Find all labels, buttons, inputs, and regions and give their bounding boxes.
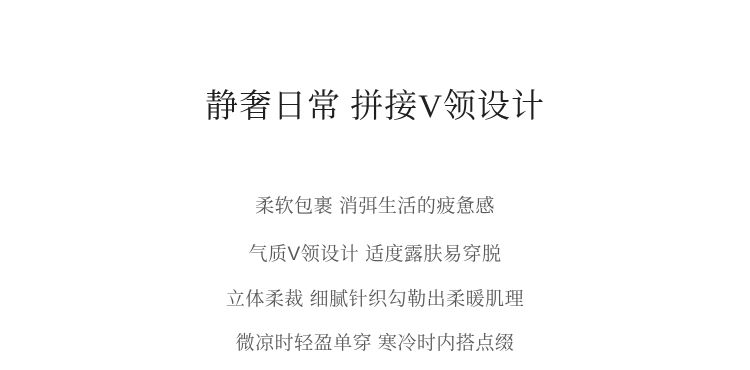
feature-line: 立体柔裁 细腻针织勾勒出柔暖肌理: [0, 288, 750, 312]
feature-line: 气质V领设计 适度露肤易穿脱: [0, 243, 750, 267]
page-title: 静奢日常 拼接V领设计: [0, 88, 750, 126]
feature-line: 微凉时轻盈单穿 寒冷时内搭点缀: [0, 332, 750, 356]
feature-line: 柔软包裹 消弭生活的疲惫感: [0, 195, 750, 219]
product-description-section: 静奢日常 拼接V领设计 柔软包裹 消弭生活的疲惫感 气质V领设计 适度露肤易穿脱…: [0, 0, 750, 370]
